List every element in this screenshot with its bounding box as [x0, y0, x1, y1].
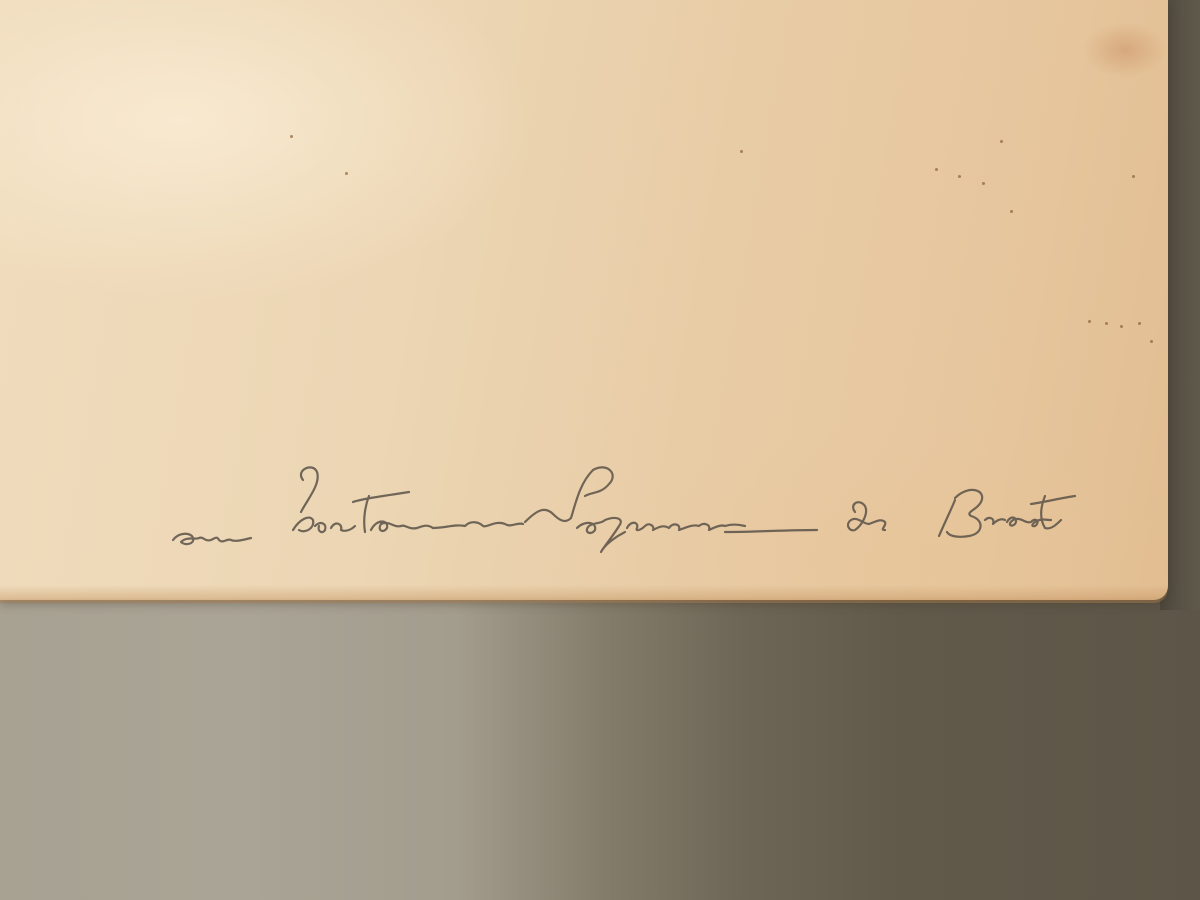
foxing-speck: [1000, 140, 1003, 143]
aged-paper-sheet: au Docteur Lazennec de Brest: [0, 0, 1168, 600]
foxing-speck: [1132, 175, 1135, 178]
photo-scene: au Docteur Lazennec de Brest: [0, 0, 1200, 900]
pencil-strokes: [165, 440, 1125, 560]
foxing-speck: [1088, 320, 1091, 323]
paper-bottom-edge-stain: [0, 585, 1168, 603]
foxing-speck: [958, 175, 961, 178]
foxing-speck: [1138, 322, 1141, 325]
foxing-speck: [740, 150, 743, 153]
foxing-speck: [345, 172, 348, 175]
foxing-speck: [935, 168, 938, 171]
foxing-speck: [1120, 325, 1123, 328]
foxing-speck: [1010, 210, 1013, 213]
foxing-speck: [1105, 322, 1108, 325]
foxing-speck: [982, 182, 985, 185]
handwritten-inscription: au Docteur Lazennec de Brest: [165, 440, 1125, 560]
foxing-speck: [290, 135, 293, 138]
foxing-speck: [1150, 340, 1153, 343]
